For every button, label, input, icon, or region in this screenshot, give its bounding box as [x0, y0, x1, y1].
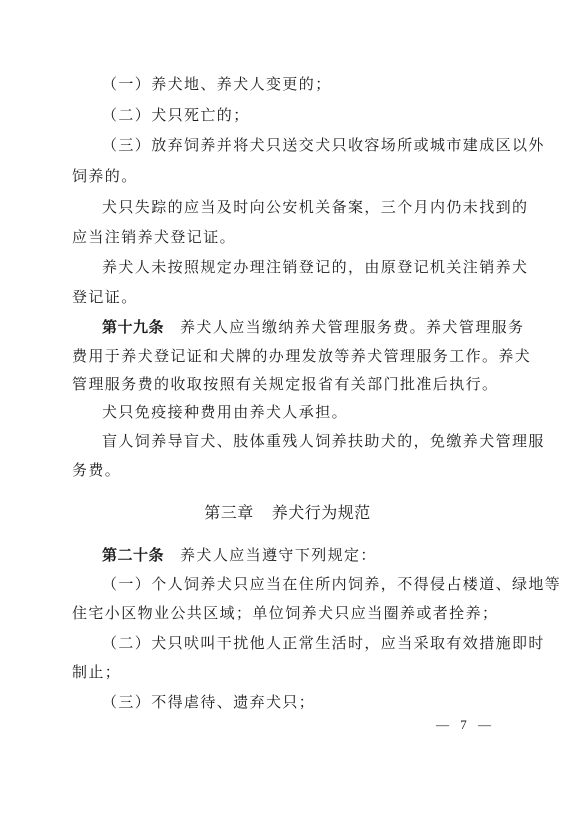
chapter-title: 养犬行为规范 — [272, 503, 371, 522]
article-19-line-1: 第十九条养犬人应当缴纳养犬管理服务费。养犬管理服务 — [102, 317, 506, 337]
list-item-2: （二）犬只死亡的； — [102, 105, 506, 125]
rule-1-line-1: （一）个人饲养犬只应当在住所内饲养，不得侵占楼道、绿地等 — [102, 574, 506, 594]
paragraph-deregister-line-2: 登记证。 — [72, 287, 506, 307]
article-20-line-1: 第二十条养犬人应当遵守下列规定： — [102, 545, 506, 565]
paragraph-vaccination: 犬只免疫接种费用由养犬人承担。 — [102, 402, 506, 422]
paragraph-lost-dog-line-2: 应当注销养犬登记证。 — [72, 227, 506, 247]
paragraph-deregister-line-1: 养犬人未按照规定办理注销登记的，由原登记机关注销养犬 — [102, 257, 506, 277]
article-19-text: 养犬人应当缴纳养犬管理服务费。养犬管理服务 — [180, 318, 524, 336]
article-19-label: 第十九条 — [102, 318, 164, 336]
article-19-line-2: 费用于养犬登记证和犬牌的办理发放等养犬管理服务工作。养犬 — [72, 346, 506, 366]
article-20-text: 养犬人应当遵守下列规定： — [180, 546, 377, 564]
chapter-number: 第三章 — [204, 503, 254, 522]
rule-1-line-2: 住宅小区物业公共区域；单位饲养犬只应当圈养或者拴养； — [72, 603, 506, 623]
chapter-heading: 第三章养犬行为规范 — [0, 500, 575, 523]
rule-2-line-1: （二）犬只吠叫干扰他人正常生活时，应当采取有效措施即时 — [102, 633, 506, 653]
list-item-3-line-1: （三）放弃饲养并将犬只送交犬只收容场所或城市建成区以外 — [102, 135, 506, 155]
list-item-1: （一）养犬地、养犬人变更的； — [102, 74, 506, 94]
document-page: （一）养犬地、养犬人变更的； （二）犬只死亡的； （三）放弃饲养并将犬只送交犬只… — [0, 0, 575, 821]
paragraph-lost-dog-line-1: 犬只失踪的应当及时向公安机关备案，三个月内仍未找到的 — [102, 197, 506, 217]
article-20-label: 第二十条 — [102, 546, 164, 564]
rule-2-line-2: 制止； — [72, 662, 506, 682]
paragraph-guide-dog-line-2: 务费。 — [72, 460, 506, 480]
page-number: — 7 — — [436, 717, 495, 733]
rule-3: （三）不得虐待、遗弃犬只； — [102, 692, 506, 712]
paragraph-guide-dog-line-1: 盲人饲养导盲犬、肢体重残人饲养扶助犬的，免缴养犬管理服 — [102, 431, 506, 451]
list-item-3-line-2: 饲养的。 — [72, 166, 506, 186]
article-19-line-3: 管理服务费的收取按照有关规定报省有关部门批准后执行。 — [72, 374, 506, 394]
